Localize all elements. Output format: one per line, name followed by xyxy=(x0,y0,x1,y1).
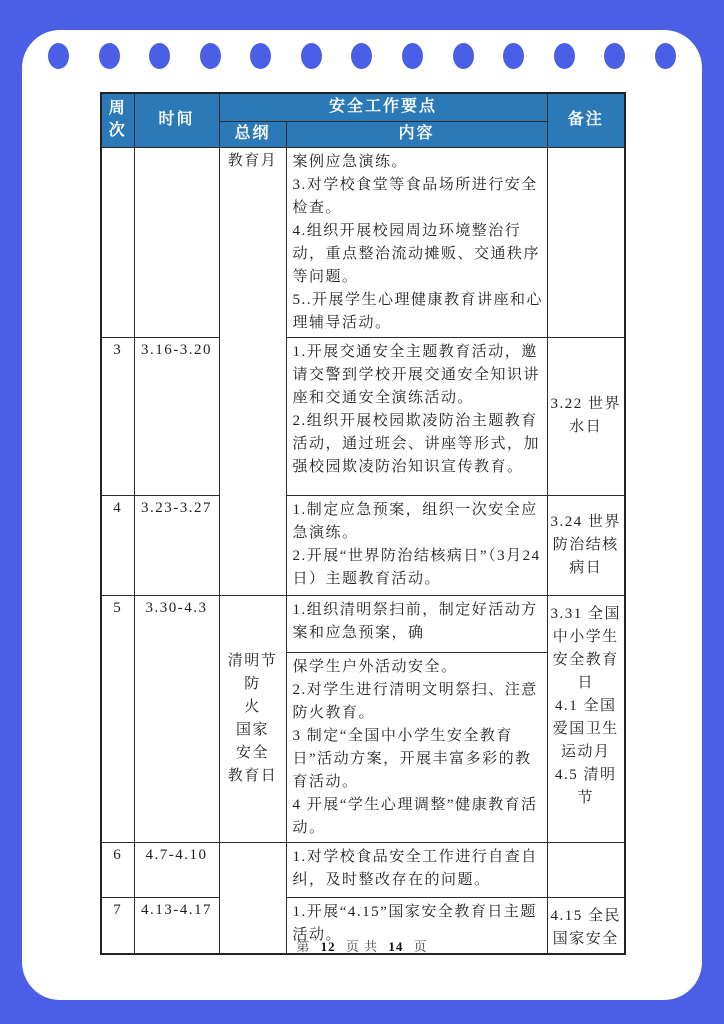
table-row-week-4: 4 3.23-3.27 1.制定应急预案，组织一次安全应急演练。 2.开展“世界… xyxy=(101,495,625,595)
table-row-week-3: 3 3.16-3.20 1.开展交通安全主题教育活动，邀请交警到学校开展交通安全… xyxy=(101,337,625,495)
footer-suffix: 页 xyxy=(414,939,428,954)
decorative-dot xyxy=(301,43,322,69)
cell-week-cont xyxy=(101,147,134,337)
decorative-dot xyxy=(604,43,625,69)
cell-remark-cont xyxy=(547,147,625,337)
cell-remark-4: 3.24 世界防治结核病日 xyxy=(547,495,625,595)
col-header-remark: 备注 xyxy=(547,93,625,147)
page: { "page": { "background_color": "#4a5ee6… xyxy=(0,0,724,1024)
col-header-week: 周次 xyxy=(101,93,134,147)
decorative-dot xyxy=(402,43,423,69)
cell-week-5: 5 xyxy=(101,595,134,842)
decorative-dot xyxy=(48,43,69,69)
decorative-dot xyxy=(351,43,372,69)
cell-content-cont: 案例应急演练。 3.对学校食堂等食品场所进行安全检查。 4.组织开展校园周边环境… xyxy=(286,147,547,337)
decorative-dot xyxy=(99,43,120,69)
cell-time-6: 4.7-4.10 xyxy=(134,842,219,897)
cell-content-6: 1.对学校食品安全工作进行自查自纠，及时整改存在的问题。 xyxy=(286,842,547,897)
decorative-dot xyxy=(200,43,221,69)
table-row-week-5-part1: 5 3.30-4.3 清明节防 火 国家 安全 教育日 1.组织清明祭扫前，制定… xyxy=(101,595,625,652)
cell-time-3: 3.16-3.20 xyxy=(134,337,219,495)
cell-time-4: 3.23-3.27 xyxy=(134,495,219,595)
cell-remark-6 xyxy=(547,842,625,897)
col-header-content: 内容 xyxy=(286,121,547,147)
decorative-dot xyxy=(149,43,170,69)
cell-content-4: 1.制定应急预案，组织一次安全应急演练。 2.开展“世界防治结核病日”（3月24… xyxy=(286,495,547,595)
col-header-outline: 总纲 xyxy=(219,121,286,147)
cell-time-5: 3.30-4.3 xyxy=(134,595,219,842)
table-row-continuation: 教育月 案例应急演练。 3.对学校食堂等食品场所进行安全检查。 4.组织开展校园… xyxy=(101,147,625,337)
footer-current-page: 12 xyxy=(321,939,336,954)
footer-middle: 页 共 xyxy=(346,939,378,954)
cell-content-5-part1: 1.组织清明祭扫前，制定好活动方案和应急预案，确 xyxy=(286,595,547,652)
col-header-safety-points: 安全工作要点 xyxy=(219,93,547,121)
cell-outline-qingming: 清明节防 火 国家 安全 教育日 xyxy=(219,595,286,842)
footer-prefix: 第 xyxy=(296,939,310,954)
table-row-week-6: 6 4.7-4.10 1.对学校食品安全工作进行自查自纠，及时整改存在的问题。 xyxy=(101,842,625,897)
cell-time-cont xyxy=(134,147,219,337)
cell-content-5-part2: 保学生户外活动安全。 2.对学生进行清明文明祭扫、注意防火教育。 3 制定“全国… xyxy=(286,652,547,842)
cell-remark-5: 3.31 全国中小学生安全教育日 4.1 全国爱国卫生运动月 4.5 清明节 xyxy=(547,595,625,842)
col-header-time: 时间 xyxy=(134,93,219,147)
cell-remark-3: 3.22 世界水日 xyxy=(547,337,625,495)
decorative-dot xyxy=(554,43,575,69)
cell-week-3: 3 xyxy=(101,337,134,495)
decorative-dot xyxy=(655,43,676,69)
cell-week-6: 6 xyxy=(101,842,134,897)
decorative-dots-row xyxy=(36,43,688,69)
cell-content-3: 1.开展交通安全主题教育活动，邀请交警到学校开展交通安全知识讲座和交通安全演练活… xyxy=(286,337,547,495)
footer-total-pages: 14 xyxy=(388,939,403,954)
page-number-footer: 第 12 页 共 14 页 xyxy=(22,936,702,955)
decorative-dot xyxy=(503,43,524,69)
document-card: 周次 时间 安全工作要点 备注 总纲 内容 教育月 案例应急演练。 3.对学校食… xyxy=(22,30,702,1000)
decorative-dot xyxy=(453,43,474,69)
cell-week-4: 4 xyxy=(101,495,134,595)
decorative-dot xyxy=(250,43,271,69)
safety-schedule-table: 周次 时间 安全工作要点 备注 总纲 内容 教育月 案例应急演练。 3.对学校食… xyxy=(100,92,626,955)
cell-outline-education-month: 教育月 xyxy=(219,147,286,595)
